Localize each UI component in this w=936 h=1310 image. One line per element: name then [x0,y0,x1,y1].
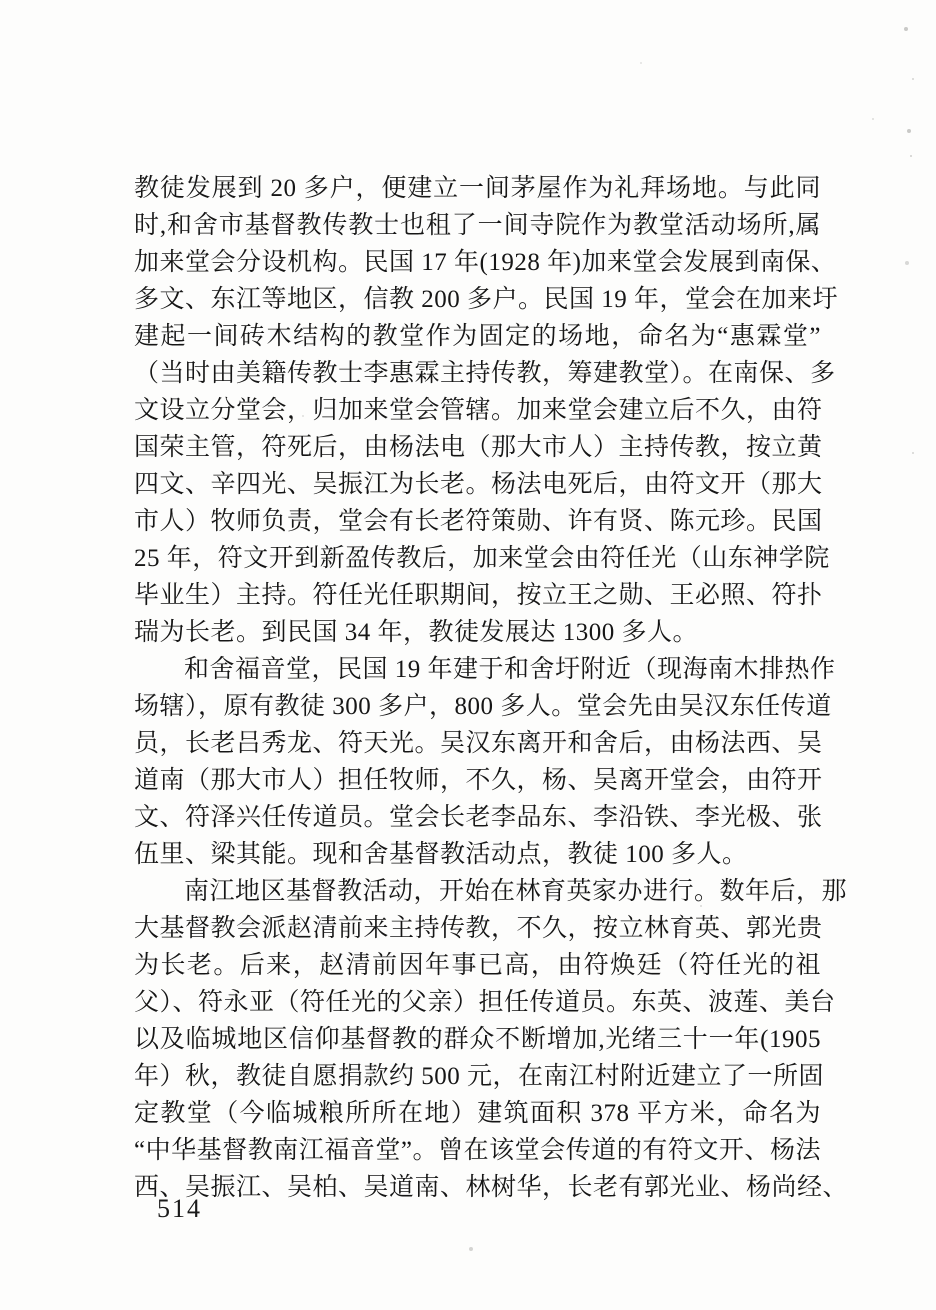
text-line: 国荣主管，符死后，由杨法电（那大市人）主持传教，按立黄 [134,429,821,466]
text-line: 和舍福音堂，民国 19 年建于和舍圩附近（现海南木排热作 [134,651,821,688]
scanned-book-page: 教徒发展到 20 多户，便建立一间茅屋作为礼拜场地。与此同时,和舍市基督教传教士… [0,0,936,1310]
scan-noise-speckles [0,0,2,2]
text-line: 建起一间砖木结构的教堂作为固定的场地，命名为“惠霖堂” [134,318,821,355]
text-line: 文设立分堂会，归加来堂会管辖。加来堂会建立后不久，由符 [134,392,821,429]
text-line: 定教堂（今临城粮所所在地）建筑面积 378 平方米，命名为 [134,1095,821,1132]
text-line: 南江地区基督教活动，开始在林育英家办进行。数年后，那 [134,873,821,910]
page-number: 514 [157,1192,202,1226]
text-line: 瑞为长老。到民国 34 年，教徒发展达 1300 多人。 [134,614,821,651]
text-line: 文、符泽兴任传道员。堂会长老李品东、李沿铁、李光极、张 [134,799,821,836]
text-block: 教徒发展到 20 多户，便建立一间茅屋作为礼拜场地。与此同时,和舍市基督教传教士… [134,170,821,1206]
text-line: 大基督教会派赵清前来主持传教，不久，按立林育英、郭光贵 [134,910,821,947]
text-line: 西、吴振江、吴柏、吴道南、林树华，长老有郭光业、杨尚经、 [134,1169,821,1206]
text-line: 场辖），原有教徒 300 多户，800 多人。堂会先由吴汉东任传道 [134,688,821,725]
text-line: 父）、符永亚（符任光的父亲）担任传道员。东英、波莲、美台 [134,984,821,1021]
text-line: 教徒发展到 20 多户，便建立一间茅屋作为礼拜场地。与此同 [134,170,821,207]
text-line: 以及临城地区信仰基督教的群众不断增加,光绪三十一年(1905 [134,1021,821,1058]
text-line: 25 年，符文开到新盈传教后，加来堂会由符任光（山东神学院 [134,540,821,577]
text-line: （当时由美籍传教士李惠霖主持传教，筹建教堂）。在南保、多 [134,355,821,392]
text-line: 年）秋，教徒自愿捐款约 500 元，在南江村附近建立了一所固 [134,1058,821,1095]
text-line: 市人）牧师负责，堂会有长老符策勋、许有贤、陈元珍。民国 [134,503,821,540]
text-line: 加来堂会分设机构。民国 17 年(1928 年)加来堂会发展到南保、 [134,244,821,281]
text-line: 员，长老吕秀龙、符天光。吴汉东离开和舍后，由杨法西、吴 [134,725,821,762]
text-line: 时,和舍市基督教传教士也租了一间寺院作为教堂活动场所,属 [134,207,821,244]
text-line: 多文、东江等地区，信教 200 多户。民国 19 年，堂会在加来圩 [134,281,821,318]
text-line: 为长老。后来，赵清前因年事已高，由符焕廷（符任光的祖 [134,947,821,984]
text-line: 四文、辛四光、吴振江为长老。杨法电死后，由符文开（那大 [134,466,821,503]
text-line: 毕业生）主持。符任光任职期间，按立王之勋、王必照、符扑 [134,577,821,614]
text-line: “中华基督教南江福音堂”。曾在该堂会传道的有符文开、杨法 [134,1132,821,1169]
text-line: 伍里、梁其能。现和舍基督教活动点，教徒 100 多人。 [134,836,821,873]
text-line: 道南（那大市人）担任牧师，不久，杨、吴离开堂会，由符开 [134,762,821,799]
